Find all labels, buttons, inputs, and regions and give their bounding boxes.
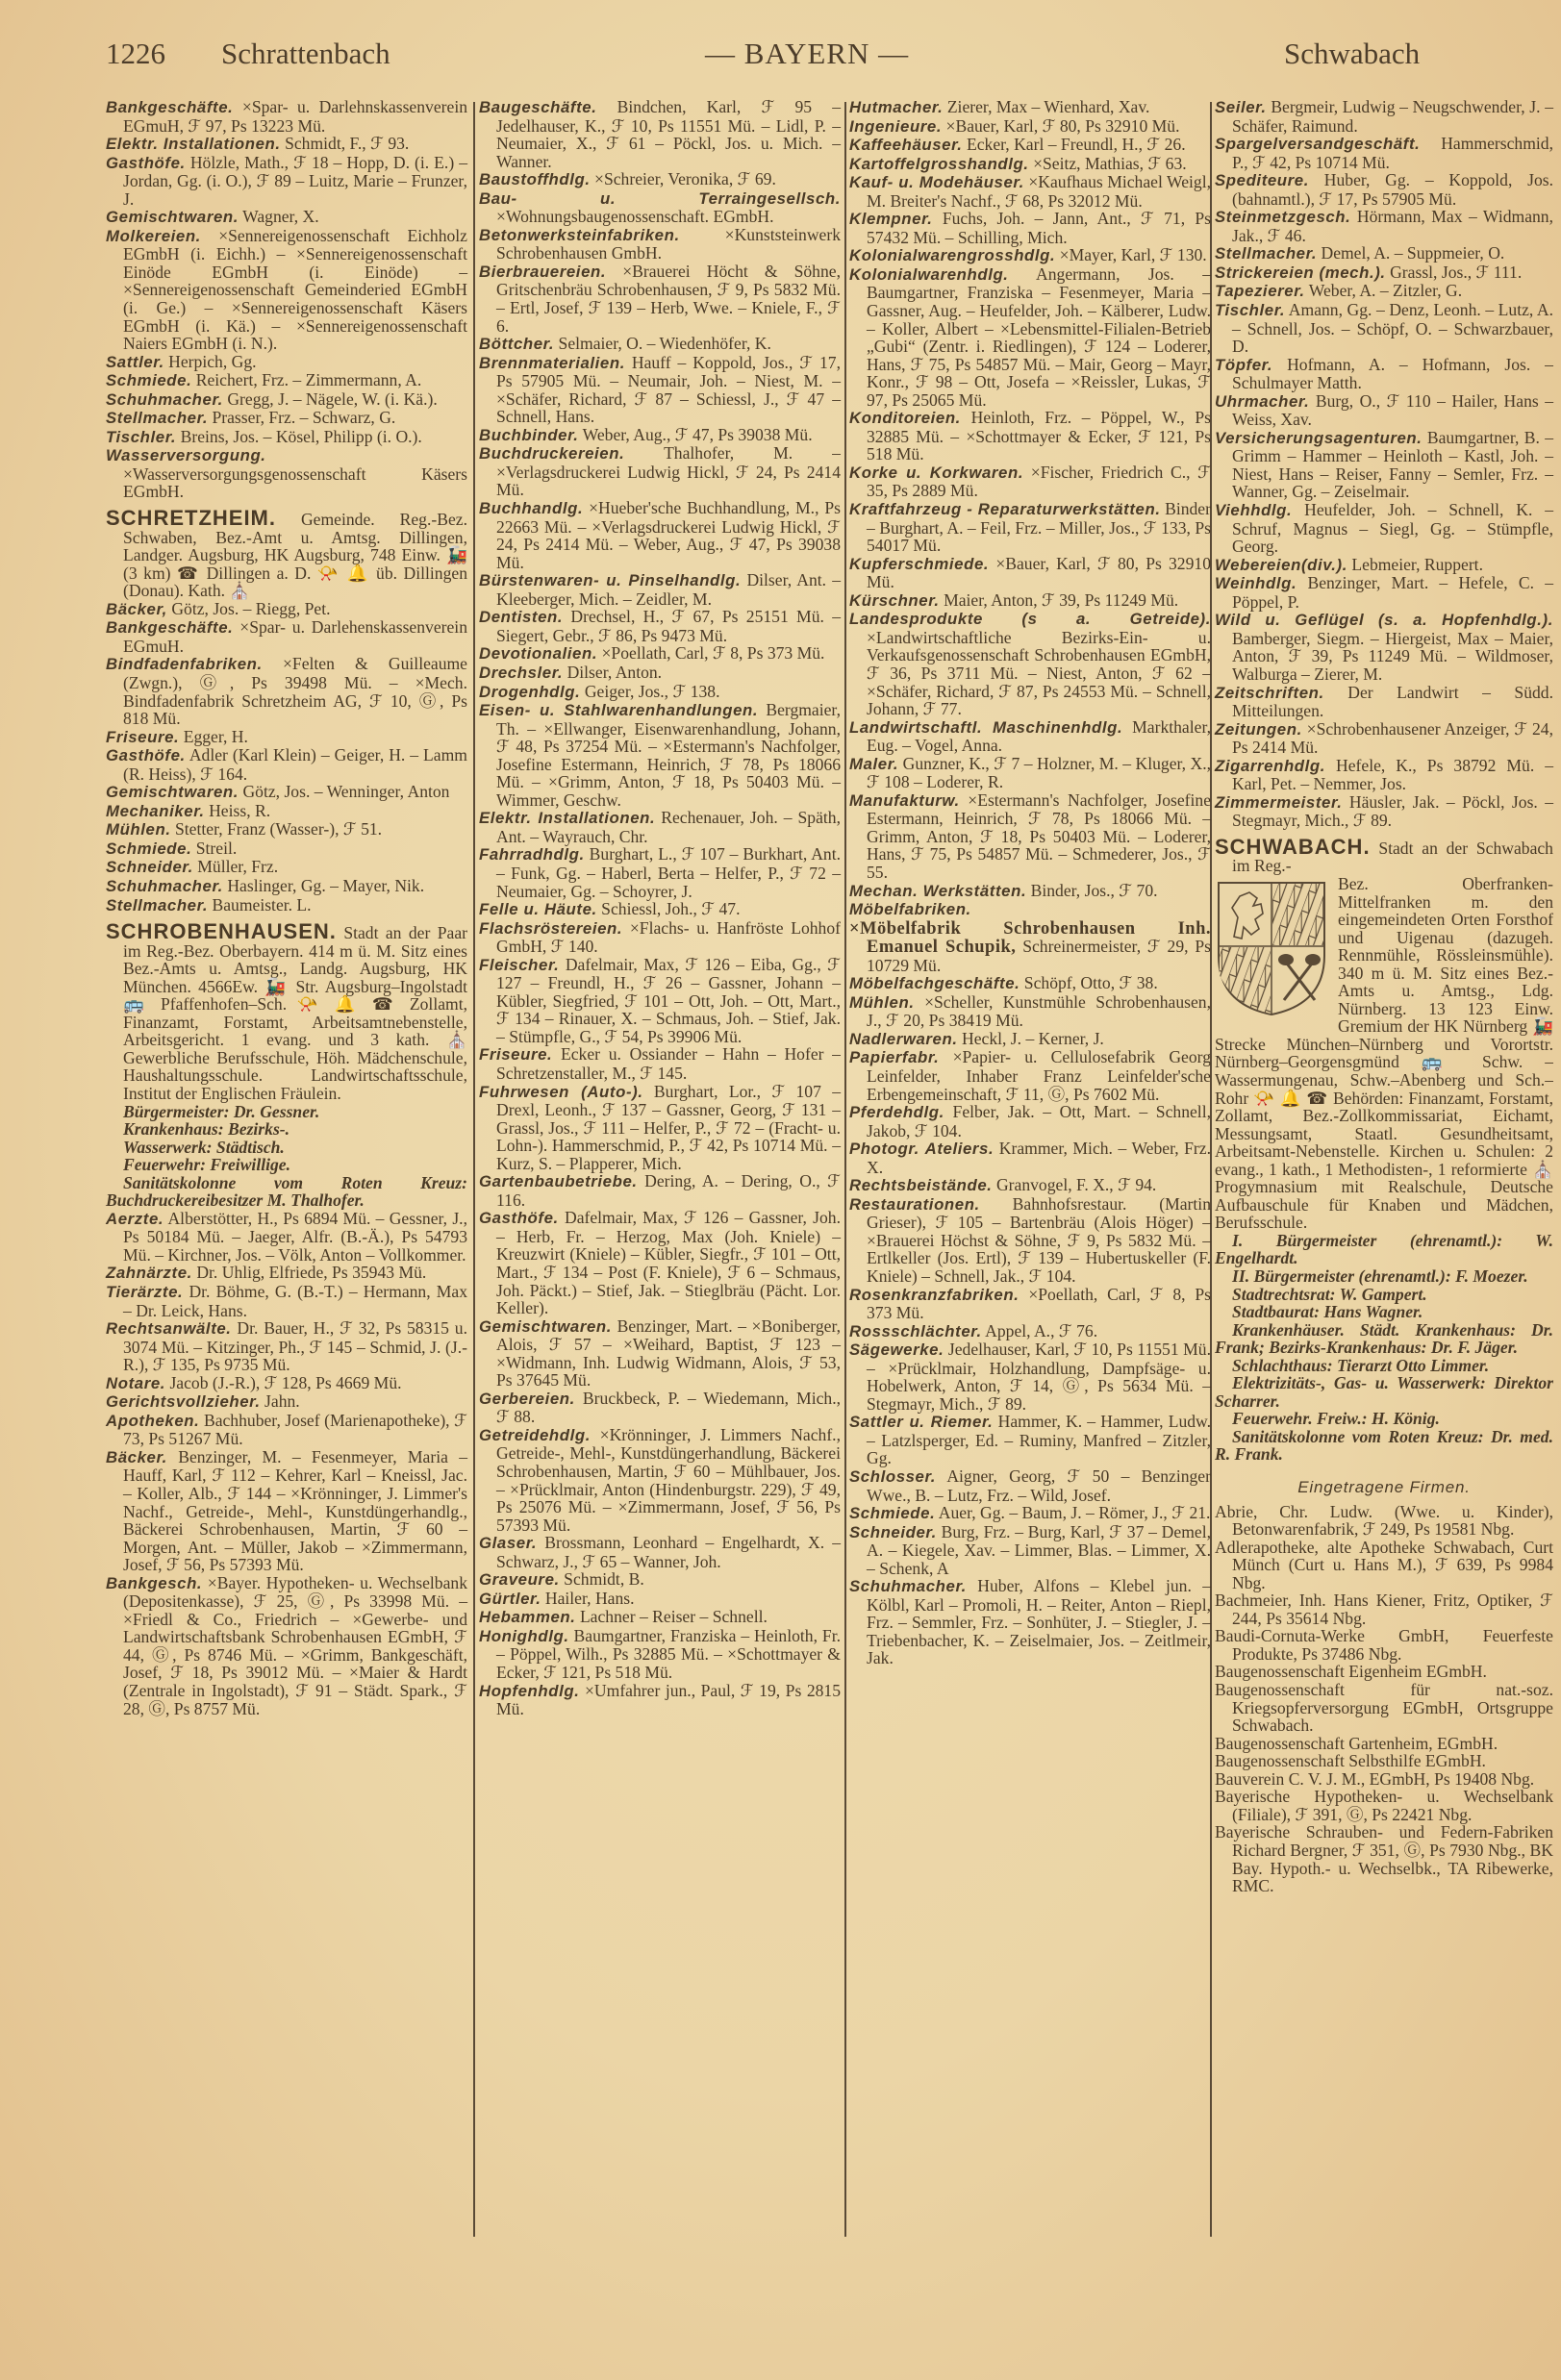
category-label: Bürstenwaren- u. Pinselhandlg. xyxy=(479,571,741,589)
directory-entry: Glaser. Brossmann, Leonhard – Engelhardt… xyxy=(479,1534,841,1570)
entry-text: Hofmann, A. – Hofmann, Jos. – Schulmayer… xyxy=(1232,355,1553,393)
category-label: Hopfenhdlg. xyxy=(479,1682,579,1700)
directory-entry: Apotheken. Bachhuber, Josef (Marienapoth… xyxy=(106,1412,467,1448)
directory-entry: Elektr. Installationen. Schmidt, F., ℱ 9… xyxy=(106,135,467,154)
category-label: Betonwerksteinfabriken. xyxy=(479,226,680,244)
page-header: 1226 Schrattenbach — BAYERN — Schwabach xyxy=(106,37,1532,75)
directory-entry: Böttcher. Selmaier, O. – Wiedenhöfer, K. xyxy=(479,335,841,354)
category-label: Gasthöfe. xyxy=(106,746,186,764)
entry-text: Götz, Jos. – Riegg, Pet. xyxy=(171,599,330,618)
directory-entry: Drogenhdlg. Geiger, Jos., ℱ 138. xyxy=(479,683,841,702)
registered-firm: Baugenossenschaft Eigenheim EGmbH. xyxy=(1215,1663,1553,1681)
directory-entry: Bankgeschäfte. ×Spar- u. Darlehenskassen… xyxy=(106,618,467,655)
category-label: Korke u. Korkwaren. xyxy=(849,463,1023,482)
directory-entry: Zahnärzte. Dr. Uhlig, Elfriede, Ps 35943… xyxy=(106,1264,467,1283)
directory-entry: Bäcker. Benzinger, M. – Fesenmeyer, Mari… xyxy=(106,1448,467,1574)
directory-entry: Bürstenwaren- u. Pinselhandlg. Dilser, A… xyxy=(479,571,841,608)
official-listing: Sanitätskolonne vom Roten Kreuz: Dr. med… xyxy=(1215,1428,1553,1464)
directory-entry: Kaffeehäuser. Ecker, Karl – Freundl, H.,… xyxy=(849,136,1211,155)
category-label: Manufakturw. xyxy=(849,791,960,810)
category-label: Tapezierer. xyxy=(1215,282,1305,300)
entry-text: Jahn. xyxy=(264,1391,300,1411)
directory-entry: Baustoffhdlg. ×Schreier, Veronika, ℱ 69. xyxy=(479,170,841,189)
directory-entry: Devotionalien. ×Poellath, Carl, ℱ 8, Ps … xyxy=(479,644,841,664)
state-title: — BAYERN — xyxy=(705,37,909,71)
category-label: Möbelfachgeschäfte. xyxy=(849,974,1020,992)
category-label: Kolonialwarenhdlg. xyxy=(849,265,1009,284)
directory-entry: Gürtler. Hailer, Hans. xyxy=(479,1590,841,1609)
directory-entry: Spargelversandgeschäft. Hammerschmid, P.… xyxy=(1215,135,1553,171)
category-label: Kürschner. xyxy=(849,591,940,610)
category-label: Spargelversandgeschäft. xyxy=(1215,135,1420,153)
category-label: Brennmaterialien. xyxy=(479,354,625,372)
directory-entry: Mühlen. Stetter, Franz (Wasser-), ℱ 51. xyxy=(106,820,467,839)
directory-entry: Landesprodukte (s a. Getreide). ×Landwir… xyxy=(849,610,1211,717)
category-label: Drechsler. xyxy=(479,664,563,682)
town-entry: SCHRETZHEIM. Gemeinde. Reg.-Bez. Schwabe… xyxy=(106,510,467,600)
category-label: Fahrradhdlg. xyxy=(479,845,585,864)
category-label: Gasthöfe. xyxy=(479,1209,559,1227)
directory-entry: Bankgeschäfte. ×Spar- u. Darlehnskassenv… xyxy=(106,98,467,135)
official-listing: Feuerwehr. Freiw.: H. König. xyxy=(1215,1410,1553,1428)
registered-firm: Adlerapotheke, alte Apotheke Schwabach, … xyxy=(1215,1539,1553,1592)
category-label: Hebammen. xyxy=(479,1608,576,1626)
official-listing: Elektrizitäts-, Gas- u. Wasserwerk: Dire… xyxy=(1215,1374,1553,1410)
directory-entry: Buchdruckereien. Thalhofer, M. – ×Verlag… xyxy=(479,444,841,499)
entry-text: Baumeister. L. xyxy=(212,895,311,914)
directory-entry: Rechtsbeistände. Granvogel, F. X., ℱ 94. xyxy=(849,1176,1211,1195)
category-label: Fuhrwesen (Auto-). xyxy=(479,1083,643,1101)
entry-text: Müller, Frz. xyxy=(197,857,278,876)
category-label: Notare. xyxy=(106,1374,165,1392)
category-label: Flachsröstereien. xyxy=(479,919,622,938)
category-label: Seiler. xyxy=(1215,98,1267,116)
directory-entry: Bankgesch. ×Bayer. Hypotheken- u. Wechse… xyxy=(106,1574,467,1717)
directory-entry: Ingenieure. ×Bauer, Karl, ℱ 80, Ps 32910… xyxy=(849,117,1211,137)
category-label: Böttcher. xyxy=(479,335,554,353)
directory-entry: Gasthöfe. Adler (Karl Klein) – Geiger, H… xyxy=(106,746,467,783)
entry-text: Bergmeir, Ludwig – Neugschwender, J. – S… xyxy=(1232,97,1553,136)
directory-entry: Spediteure. Huber, Gg. – Koppold, Jos. (… xyxy=(1215,171,1553,208)
registered-firm: Bayerische Hypotheken- u. Wechselbank (F… xyxy=(1215,1788,1553,1823)
category-label: Bankgesch. xyxy=(106,1574,202,1592)
category-label: Tischler. xyxy=(106,428,176,446)
category-label: Fleischer. xyxy=(479,956,559,974)
directory-entry: Felle u. Häute. Schiessl, Joh., ℱ 47. xyxy=(479,900,841,919)
left-running-head: Schrattenbach xyxy=(221,37,390,71)
category-label: Wasserversorgung. xyxy=(106,446,266,464)
entry-text: Schmidt, F., ℱ 93. xyxy=(285,134,409,153)
category-label: Restaurationen. xyxy=(849,1195,980,1214)
town-name: SCHRETZHEIM. xyxy=(106,506,276,530)
category-label: Bankgeschäfte. xyxy=(106,98,233,116)
entry-text: ×Sennereigenossenschaft Eichholz EGmbH (… xyxy=(123,226,467,353)
right-running-head: Schwabach xyxy=(1284,37,1420,71)
directory-entry: Schmiede. Auer, Gg. – Baum, J. – Römer, … xyxy=(849,1504,1211,1523)
directory-entry: Bäcker, Götz, Jos. – Riegg, Pet. xyxy=(106,600,467,619)
category-label: Kupferschmiede. xyxy=(849,555,989,573)
category-label: Tischler. xyxy=(1215,301,1285,319)
entry-text: ×Landwirtschaftliche Bezirks-Ein- u. Ver… xyxy=(867,628,1211,718)
entry-text: Alberstötter, H., Ps 6894 Mü. – Gessner,… xyxy=(123,1209,467,1265)
directory-entry: Gemischtwaren. Wagner, X. xyxy=(106,208,467,227)
directory-entry: Kolonialwarenhdlg. Angermann, Jos. – Bau… xyxy=(849,265,1211,409)
category-label: Töpfer. xyxy=(1215,356,1272,374)
directory-entry: Schuhmacher. Huber, Alfons – Klebel jun.… xyxy=(849,1577,1211,1667)
category-label: Weinhdlg. xyxy=(1215,574,1297,592)
official-listing: Feuerwehr: Freiwillige. xyxy=(106,1156,467,1174)
directory-entry: Tischler. Breins, Jos. – Kösel, Philipp … xyxy=(106,428,467,447)
entry-text: Auer, Gg. – Baum, J. – Römer, J., ℱ 21. xyxy=(939,1503,1211,1522)
directory-entry: Schmiede. Streil. xyxy=(106,839,467,859)
column-3: Hutmacher. Zierer, Max – Wienhard, Xav.I… xyxy=(849,98,1211,2348)
category-label: Aerzte. xyxy=(106,1210,164,1228)
directory-entry: Versicherungsagenturen. Baumgartner, B. … xyxy=(1215,429,1553,501)
category-label: Honighdlg. xyxy=(479,1627,569,1645)
category-label: Uhrmacher. xyxy=(1215,392,1309,411)
directory-entry: Friseure. Egger, H. xyxy=(106,728,467,747)
category-label: Klempner. xyxy=(849,210,933,228)
category-label: Schlosser. xyxy=(849,1467,936,1486)
directory-entry: Zimmermeister. Häusler, Jak. – Pöckl, Jo… xyxy=(1215,793,1553,830)
category-label: Bäcker, xyxy=(106,600,167,618)
directory-entry: Fuhrwesen (Auto-). Burghart, Lor., ℱ 107… xyxy=(479,1083,841,1173)
directory-entry: Bindfadenfabriken. ×Felten & Guilleaume … xyxy=(106,655,467,727)
directory-entry: Tierärzte. Dr. Böhme, G. (B.-T.) – Herma… xyxy=(106,1283,467,1319)
registered-firm: Bauverein C. V. J. M., EGmbH, Ps 19408 N… xyxy=(1215,1770,1553,1789)
entry-text: Selmaier, O. – Wiedenhöfer, K. xyxy=(559,334,771,353)
directory-entry: Wasserversorgung. ×Wasserversorgungsgeno… xyxy=(106,446,467,501)
category-label: Gerbereien. xyxy=(479,1390,575,1408)
category-label: Rechtsbeistände. xyxy=(849,1176,993,1194)
entry-text: ×Mayer, Karl, ℱ 130. xyxy=(1060,245,1207,264)
category-label: Kartoffelgrosshandlg. xyxy=(849,155,1029,173)
directory-entry: Sägewerke. Jedelhauser, Karl, ℱ 10, Ps 1… xyxy=(849,1340,1211,1413)
directory-entry: Mühlen. ×Scheller, Kunstmühle Schrobenha… xyxy=(849,993,1211,1030)
directory-entry: Rosenkranzfabriken. ×Poellath, Carl, ℱ 8… xyxy=(849,1286,1211,1322)
directory-entry: Schuhmacher. Haslinger, Gg. – Mayer, Nik… xyxy=(106,877,467,896)
entry-text: ×Seitz, Mathias, ℱ 63. xyxy=(1033,154,1187,173)
section-heading: Eingetragene Firmen. xyxy=(1215,1479,1553,1497)
directory-entry: Rossschlächter. Appel, A., ℱ 76. xyxy=(849,1322,1211,1341)
directory-entry: Drechsler. Dilser, Anton. xyxy=(479,664,841,683)
directory-entry: Hebammen. Lachner – Reiser – Schnell. xyxy=(479,1608,841,1627)
column-divider xyxy=(473,102,475,2237)
directory-entry: Kürschner. Maier, Anton, ℱ 39, Ps 11249 … xyxy=(849,591,1211,611)
directory-entry: Gasthöfe. Hölzle, Math., ℱ 18 – Hopp, D.… xyxy=(106,154,467,209)
entry-text: Wagner, X. xyxy=(242,207,318,226)
category-label: Schneider. xyxy=(849,1523,937,1541)
directory-entry: Gerichtsvollzieher. Jahn. xyxy=(106,1392,467,1412)
category-label: Schmiede. xyxy=(106,839,191,858)
official-listing: Stadtrechtsrat: W. Gampert. xyxy=(1215,1286,1553,1304)
directory-entry: Stellmacher. Baumeister. L. xyxy=(106,896,467,915)
entry-text: ×Bayer. Hypotheken- u. Wechselbank (Depo… xyxy=(123,1573,467,1718)
category-label: Steinmetzgesch. xyxy=(1215,208,1350,226)
entry-text: Granvogel, F. X., ℱ 94. xyxy=(996,1175,1156,1194)
directory-entry: Friseure. Ecker u. Ossiander – Hahn – Ho… xyxy=(479,1045,841,1082)
directory-entry: Sattler. Herpich, Gg. xyxy=(106,353,467,372)
directory-entry: Tischler. Amann, Gg. – Denz, Leonh. – Lu… xyxy=(1215,301,1553,356)
column-divider xyxy=(844,102,846,2237)
category-label: Kaffeehäuser. xyxy=(849,136,963,154)
category-label: Photogr. Ateliers. xyxy=(849,1140,994,1158)
directory-entry: Notare. Jacob (J.-R.), ℱ 128, Ps 4669 Mü… xyxy=(106,1374,467,1393)
category-label: Devotionalien. xyxy=(479,644,597,663)
category-label: Bäcker. xyxy=(106,1448,167,1466)
category-label: Webereien(div.). xyxy=(1215,556,1347,574)
directory-entry: Elektr. Installationen. Rechenauer, Joh.… xyxy=(479,809,841,845)
category-label: Apotheken. xyxy=(106,1412,199,1430)
category-label: Bierbrauereien. xyxy=(479,263,606,281)
category-label: Mechan. Werkstätten. xyxy=(849,882,1026,900)
official-listing: Bürgermeister: Dr. Gessner. xyxy=(106,1103,467,1121)
directory-entry: Schneider. Müller, Frz. xyxy=(106,858,467,877)
registered-firm: Baugenossenschaft Gartenheim, EGmbH. xyxy=(1215,1735,1553,1753)
category-label: Elektr. Installationen. xyxy=(479,809,655,827)
entry-text: Weber, A. – Zitzler, G. xyxy=(1309,281,1462,300)
category-label: Rossschlächter. xyxy=(849,1322,982,1340)
category-label: Schuhmacher. xyxy=(849,1577,967,1595)
category-label: Maler. xyxy=(849,755,898,773)
category-label: Landesprodukte (s a. Getreide). xyxy=(849,610,1211,628)
category-label: Zeitungen. xyxy=(1215,720,1302,739)
town-description: Stadt an der Paar im Reg.-Bez. Oberbayer… xyxy=(123,923,467,1103)
entry-text: Demel, A. – Suppmeier, O. xyxy=(1321,243,1504,263)
category-label: Baugeschäfte. xyxy=(479,98,597,116)
category-label: Schneider. xyxy=(106,858,193,876)
directory-entry: Buchbinder. Weber, Aug., ℱ 47, Ps 39038 … xyxy=(479,426,841,445)
directory-entry: Kauf- u. Modehäuser. ×Kaufhaus Michael W… xyxy=(849,173,1211,210)
category-label: Buchhandlg. xyxy=(479,499,583,517)
category-label: Möbelfabriken. xyxy=(849,900,971,918)
entry-text: Schiessl, Joh., ℱ 47. xyxy=(601,899,740,918)
entry-text: Haslinger, Gg. – Mayer, Nik. xyxy=(227,876,424,895)
category-label: Gerichtsvollzieher. xyxy=(106,1392,261,1411)
entry-text: Herpich, Gg. xyxy=(168,352,256,371)
directory-entry: Schlosser. Aigner, Georg, ℱ 50 – Benzing… xyxy=(849,1467,1211,1504)
entry-text: Heiss, R. xyxy=(209,801,270,820)
directory-entry: Gasthöfe. Dafelmair, Max, ℱ 126 – Gassne… xyxy=(479,1209,841,1316)
category-label: Strickereien (mech.). xyxy=(1215,263,1386,282)
town-entry: SCHWABACH. Stadt an der Schwabach im Reg… xyxy=(1215,839,1553,875)
directory-entry: Papierfabr. ×Papier- u. Cellulosefabrik … xyxy=(849,1048,1211,1103)
category-label: Zimmermeister. xyxy=(1215,793,1342,812)
directory-entry: Honighdlg. Baumgartner, Franziska – Hein… xyxy=(479,1627,841,1682)
category-label: Schuhmacher. xyxy=(106,877,223,895)
directory-entry: Kartoffelgrosshandlg. ×Seitz, Mathias, ℱ… xyxy=(849,155,1211,174)
featured-entry: ×Möbelfabrik Schrobenhausen Inh. Emanuel… xyxy=(849,919,1211,975)
entry-text: Hailer, Hans. xyxy=(545,1589,635,1608)
category-label: Papierfabr. xyxy=(849,1048,939,1066)
entry-text: ×Bauer, Karl, ℱ 80, Ps 32910 Mü. xyxy=(946,116,1180,136)
entry-text: Götz, Jos. – Wenninger, Anton xyxy=(242,782,449,801)
town-name: SCHROBENHAUSEN. xyxy=(106,919,337,943)
column-2: Baugeschäfte. Bindchen, Karl, ℱ 95 – Jed… xyxy=(479,98,841,2348)
directory-columns: Bankgeschäfte. ×Spar- u. Darlehnskassenv… xyxy=(106,98,1553,2348)
entry-text: Lachner – Reiser – Schnell. xyxy=(580,1607,768,1626)
category-label: Landwirtschaftl. Maschinenhdlg. xyxy=(849,718,1122,737)
directory-entry: Zigarrenhdlg. Hefele, K., Ps 38792 Mü. –… xyxy=(1215,757,1553,793)
directory-entry: Tapezierer. Weber, A. – Zitzler, G. xyxy=(1215,282,1553,301)
category-label: Baustoffhdlg. xyxy=(479,170,591,188)
entry-text: ×Schreier, Veronika, ℱ 69. xyxy=(594,169,776,188)
coat-of-arms-icon xyxy=(1215,879,1328,1018)
entry-text: Egger, H. xyxy=(184,727,248,746)
entry-text: Appel, A., ℱ 76. xyxy=(985,1321,1097,1340)
category-label: Sägewerke. xyxy=(849,1340,944,1359)
category-label: Rechtsanwälte. xyxy=(106,1319,232,1338)
directory-entry: Kolonialwarengrosshdlg. ×Mayer, Karl, ℱ … xyxy=(849,246,1211,265)
category-label: Kraftfahrzeug - Reparaturwerkstätten. xyxy=(849,500,1161,518)
category-label: Spediteure. xyxy=(1215,171,1309,189)
entry-text: Jacob (J.-R.), ℱ 128, Ps 4669 Mü. xyxy=(169,1373,401,1392)
entry-text: Dilser, Anton. xyxy=(567,663,663,682)
category-label: Gemischtwaren. xyxy=(106,783,239,801)
category-label: Gartenbaubetriebe. xyxy=(479,1172,638,1190)
official-listing: II. Bürgermeister (ehrenamtl.): F. Moeze… xyxy=(1215,1267,1553,1286)
category-label: Buchdruckereien. xyxy=(479,444,624,463)
directory-entry: Rechtsanwälte. Dr. Bauer, H., ℱ 32, Ps 5… xyxy=(106,1319,467,1374)
directory-entry: Steinmetzgesch. Hörmann, Max – Widmann, … xyxy=(1215,208,1553,244)
official-listing: Stadtbaurat: Hans Wagner. xyxy=(1215,1303,1553,1321)
column-1: Bankgeschäfte. ×Spar- u. Darlehnskassenv… xyxy=(106,98,467,2348)
entry-text: Dr. Uhlig, Elfriede, Ps 35943 Mü. xyxy=(196,1263,426,1282)
entry-text: Lebmeier, Ruppert. xyxy=(1351,555,1483,574)
category-label: Bankgeschäfte. xyxy=(106,618,233,637)
category-label: Gemischtwaren. xyxy=(106,208,239,226)
directory-entry: Maler. Gunzner, K., ℱ 7 – Holzner, M. – … xyxy=(849,755,1211,791)
category-label: Ingenieure. xyxy=(849,117,942,136)
town-name: SCHWABACH. xyxy=(1215,835,1371,859)
directory-entry: Bau- u. Terraingesellsch. ×Wohnungsbauge… xyxy=(479,189,841,226)
category-label: Gemischtwaren. xyxy=(479,1317,612,1336)
directory-entry: Klempner. Fuchs, Joh. – Jann, Ant., ℱ 71… xyxy=(849,210,1211,246)
directory-entry: Eisen- u. Stahlwarenhandlungen. Bergmaie… xyxy=(479,701,841,809)
page-number: 1226 xyxy=(106,37,165,71)
directory-entry: Fleischer. Dafelmair, Max, ℱ 126 – Eiba,… xyxy=(479,956,841,1046)
registered-firm: Bachmeier, Inh. Hans Kiener, Fritz, Opti… xyxy=(1215,1591,1553,1627)
entry-text: Grassl, Jos., ℱ 111. xyxy=(1390,263,1522,282)
category-label: Stellmacher. xyxy=(106,409,208,427)
category-label: Tierärzte. xyxy=(106,1283,183,1301)
directory-entry: Stellmacher. Demel, A. – Suppmeier, O. xyxy=(1215,244,1553,263)
category-label: Drogenhdlg. xyxy=(479,683,580,701)
category-label: Gürtler. xyxy=(479,1590,541,1608)
category-label: Glaser. xyxy=(479,1534,537,1552)
column-4: Seiler. Bergmeir, Ludwig – Neugschwender… xyxy=(1215,98,1553,2348)
entry-text: Reichert, Frz. – Zimmermann, A. xyxy=(196,370,422,389)
directory-entry: Hutmacher. Zierer, Max – Wienhard, Xav. xyxy=(849,98,1211,117)
directory-entry: Kupferschmiede. ×Bauer, Karl, ℱ 80, Ps 3… xyxy=(849,555,1211,591)
entry-text: Prasser, Frz. – Schwarz, G. xyxy=(212,408,395,427)
directory-entry: Konditoreien. Heinloth, Frz. – Pöppel, W… xyxy=(849,409,1211,463)
category-label: Schuhmacher. xyxy=(106,390,223,409)
entry-text: Schöpf, Otto, ℱ 38. xyxy=(1024,973,1158,992)
category-label: Buchbinder. xyxy=(479,426,579,444)
category-label: Nadlerwaren. xyxy=(849,1030,958,1048)
category-label: Zahnärzte. xyxy=(106,1264,192,1282)
entry-text: ×Poellath, Carl, ℱ 8, Ps 373 Mü. xyxy=(602,643,825,663)
registered-firm: Abrie, Chr. Ludw. (Wwe. u. Kinder), Beto… xyxy=(1215,1503,1553,1539)
directory-entry: Töpfer. Hofmann, A. – Hofmann, Jos. – Sc… xyxy=(1215,356,1553,392)
entry-text: Ecker, Karl – Freundl, H., ℱ 26. xyxy=(967,135,1186,154)
entry-text: Gregg, J. – Nägele, W. (i. Kä.). xyxy=(227,389,437,409)
directory-entry: Betonwerksteinfabriken. ×Kunststeinwerk … xyxy=(479,226,841,263)
registered-firm: Baudi-Cornuta-Werke GmbH, Feuerfeste Pro… xyxy=(1215,1627,1553,1663)
category-label: Bindfadenfabriken. xyxy=(106,655,263,673)
directory-entry: Buchhandlg. ×Hueber'sche Buchhandlung, M… xyxy=(479,499,841,571)
directory-entry: Nadlerwaren. Heckl, J. – Kerner, J. xyxy=(849,1030,1211,1049)
category-label: Friseure. xyxy=(106,728,179,746)
directory-entry: Strickereien (mech.). Grassl, Jos., ℱ 11… xyxy=(1215,263,1553,283)
directory-entry: Weinhdlg. Benzinger, Mart. – Hefele, C. … xyxy=(1215,574,1553,611)
directory-entry: Mechaniker. Heiss, R. xyxy=(106,802,467,821)
entry-text: ×Wohnungsbaugenossenschaft. EGmbH. xyxy=(496,207,774,226)
directory-entry: Sattler u. Riemer. Hammer, K. – Hammer, … xyxy=(849,1413,1211,1467)
town-description-with-arms: Bez. Oberfranken-Mittelfranken m. den ei… xyxy=(1215,875,1553,1232)
directory-entry: Schuhmacher. Gregg, J. – Nägele, W. (i. … xyxy=(106,390,467,410)
category-label: Mühlen. xyxy=(106,820,171,839)
registered-firm: Baugenossenschaft für nat.-soz. Kriegsop… xyxy=(1215,1681,1553,1735)
official-listing: Krankenhaus: Bezirks-. xyxy=(106,1120,467,1139)
category-label: Pferdehdlg. xyxy=(849,1103,944,1121)
directory-entry: Seiler. Bergmeir, Ludwig – Neugschwender… xyxy=(1215,98,1553,135)
entry-text: Binder, Jos., ℱ 70. xyxy=(1031,881,1158,900)
directory-entry: Schneider. Burg, Frz. – Burg, Karl, ℱ 37… xyxy=(849,1523,1211,1578)
category-label: Dentisten. xyxy=(479,608,563,626)
directory-entry: Möbelfabriken. xyxy=(849,900,1211,919)
directory-entry: Möbelfachgeschäfte. Schöpf, Otto, ℱ 38. xyxy=(849,974,1211,993)
category-label: Stellmacher. xyxy=(106,896,208,914)
category-label: Molkereien. xyxy=(106,227,201,245)
category-label: Eisen- u. Stahlwarenhandlungen. xyxy=(479,701,758,719)
directory-entry: Photogr. Ateliers. Krammer, Mich. – Webe… xyxy=(849,1140,1211,1176)
entry-text: Zierer, Max – Wienhard, Xav. xyxy=(947,97,1150,116)
category-label: Schmiede. xyxy=(106,371,191,389)
directory-entry: Uhrmacher. Burg, O., ℱ 110 – Hailer, Han… xyxy=(1215,392,1553,429)
directory-entry: Kraftfahrzeug - Reparaturwerkstätten. Bi… xyxy=(849,500,1211,555)
entry-text: Gunzner, K., ℱ 7 – Holzner, M. – Kluger,… xyxy=(867,754,1211,792)
directory-entry: Landwirtschaftl. Maschinenhdlg. Markthal… xyxy=(849,718,1211,755)
entry-text: Stetter, Franz (Wasser-), ℱ 51. xyxy=(175,819,382,839)
directory-entry: Bierbrauereien. ×Brauerei Höcht & Söhne,… xyxy=(479,263,841,335)
directory-entry: Aerzte. Alberstötter, H., Ps 6894 Mü. – … xyxy=(106,1210,467,1265)
directory-entry: Zeitschriften. Der Landwirt – Südd. Mitt… xyxy=(1215,684,1553,720)
entry-text: Bamberger, Siegm. – Hiergeist, Max – Mai… xyxy=(1232,629,1553,684)
entry-text: Benzinger, M. – Fesenmeyer, Maria – Hauf… xyxy=(123,1447,467,1574)
category-label: Schmiede. xyxy=(849,1504,935,1522)
category-label: Wild u. Geflügel (s. a. Hopfenhdlg.). xyxy=(1215,611,1553,629)
directory-entry: Webereien(div.). Lebmeier, Ruppert. xyxy=(1215,556,1553,575)
category-label: Felle u. Häute. xyxy=(479,900,597,918)
entry-text: Geiger, Jos., ℱ 138. xyxy=(585,682,720,701)
official-listing: Krankenhäuser. Städt. Krankenhaus: Dr. F… xyxy=(1215,1321,1553,1357)
directory-entry: Stellmacher. Prasser, Frz. – Schwarz, G. xyxy=(106,409,467,428)
directory-entry: Fahrradhdlg. Burghart, L., ℱ 107 – Burkh… xyxy=(479,845,841,900)
directory-entry: Dentisten. Drechsel, H., ℱ 67, Ps 25151 … xyxy=(479,608,841,644)
category-label: Friseure. xyxy=(479,1045,552,1064)
directory-entry: Schmiede. Reichert, Frz. – Zimmermann, A… xyxy=(106,371,467,390)
category-label: Rosenkranzfabriken. xyxy=(849,1286,1019,1304)
category-label: Sattler. xyxy=(106,353,164,371)
directory-entry: Hopfenhdlg. ×Umfahrer jun., Paul, ℱ 19, … xyxy=(479,1682,841,1718)
town-entry: SCHROBENHAUSEN. Stadt an der Paar im Reg… xyxy=(106,923,467,1102)
official-listing: Wasserwerk: Städtisch. xyxy=(106,1139,467,1157)
directory-entry: Pferdehdlg. Felber, Jak. – Ott, Mart. – … xyxy=(849,1103,1211,1140)
category-label: Kauf- u. Modehäuser. xyxy=(849,173,1024,191)
category-label: Stellmacher. xyxy=(1215,244,1317,263)
